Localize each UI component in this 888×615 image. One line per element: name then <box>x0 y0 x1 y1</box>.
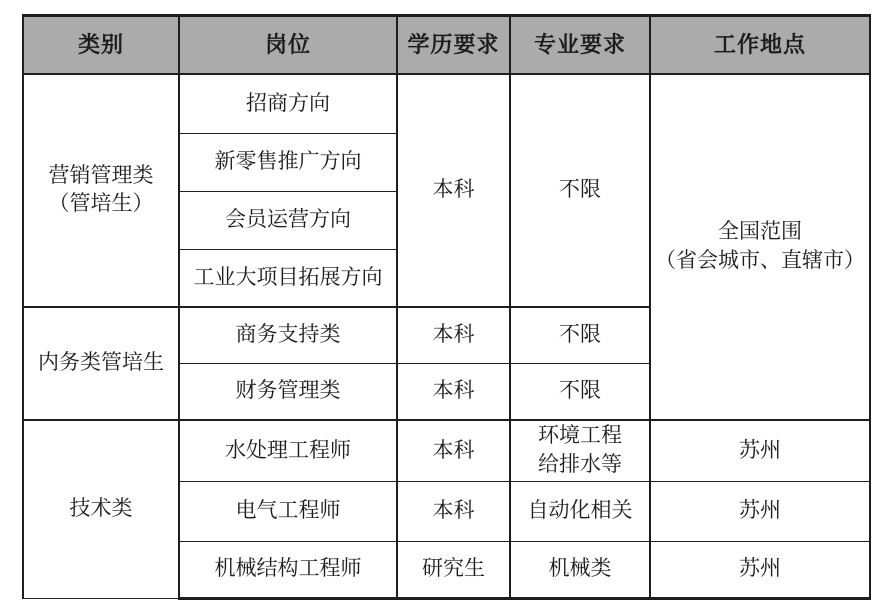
cell-location: 苏州 <box>650 482 870 542</box>
table-row: 技术类 水处理工程师 本科 环境工程 给排水等 苏州 <box>23 420 870 482</box>
cell-major: 不限 <box>510 364 650 420</box>
cell-education: 本科 <box>397 420 510 482</box>
header-cell-education: 学历要求 <box>397 16 510 74</box>
cell-position: 新零售推广方向 <box>179 134 397 192</box>
cell-location: 苏州 <box>650 420 870 482</box>
cell-education: 本科 <box>397 74 510 307</box>
cell-position: 会员运营方向 <box>179 192 397 250</box>
cell-location-national: 全国范围 （省会城市、直辖市） <box>650 74 870 420</box>
header-cell-major: 专业要求 <box>510 16 650 74</box>
cell-category-marketing: 营销管理类 （管培生） <box>23 74 179 307</box>
cell-major: 不限 <box>510 74 650 307</box>
cell-position: 水处理工程师 <box>179 420 397 482</box>
cell-position: 机械结构工程师 <box>179 542 397 599</box>
cell-category-internal: 内务类管培生 <box>23 307 179 420</box>
recruitment-table: 类别 岗位 学历要求 专业要求 工作地点 营销管理类 （管培生） 招商方向 本科… <box>22 14 871 600</box>
cell-education: 本科 <box>397 482 510 542</box>
cell-major: 环境工程 给排水等 <box>510 420 650 482</box>
cell-major: 不限 <box>510 307 650 364</box>
cell-position: 招商方向 <box>179 74 397 134</box>
header-cell-category: 类别 <box>23 16 179 74</box>
header-cell-location: 工作地点 <box>650 16 870 74</box>
cell-major: 机械类 <box>510 542 650 599</box>
cell-position: 财务管理类 <box>179 364 397 420</box>
table-row: 营销管理类 （管培生） 招商方向 本科 不限 全国范围 （省会城市、直辖市） <box>23 74 870 134</box>
header-cell-position: 岗位 <box>179 16 397 74</box>
header-row: 类别 岗位 学历要求 专业要求 工作地点 <box>23 16 870 74</box>
cell-category-technical: 技术类 <box>23 420 179 599</box>
cell-education: 本科 <box>397 364 510 420</box>
cell-position: 电气工程师 <box>179 482 397 542</box>
cell-location: 苏州 <box>650 542 870 599</box>
cell-education: 研究生 <box>397 542 510 599</box>
cell-major: 自动化相关 <box>510 482 650 542</box>
cell-position: 工业大项目拓展方向 <box>179 250 397 307</box>
cell-position: 商务支持类 <box>179 307 397 364</box>
cell-education: 本科 <box>397 307 510 364</box>
